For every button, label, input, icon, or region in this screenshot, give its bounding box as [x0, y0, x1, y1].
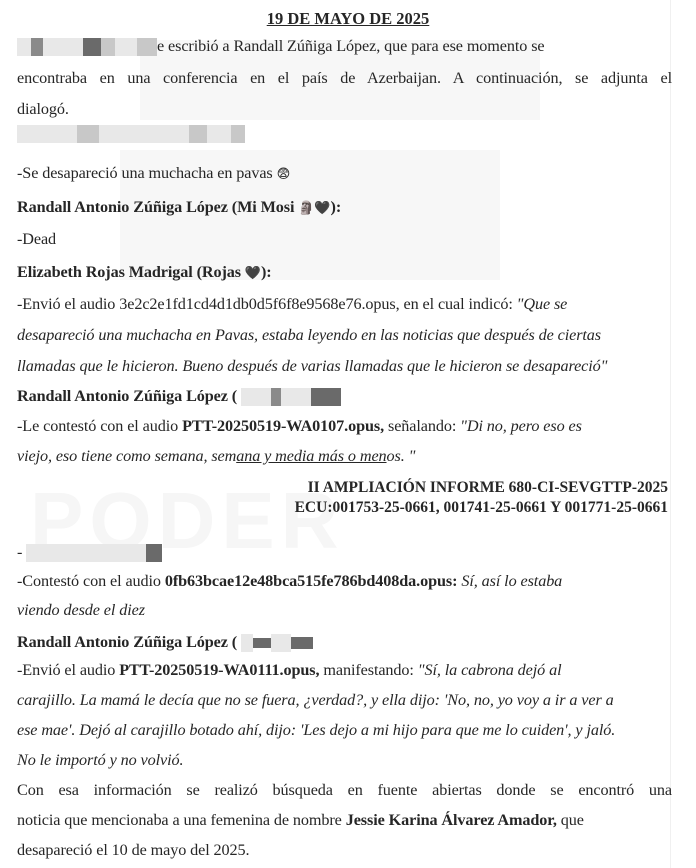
- redacted-line: [17, 123, 677, 143]
- speaker-label: Randall Antonio Zúñiga López (: [17, 632, 677, 652]
- redaction: [146, 544, 162, 562]
- redaction: [189, 125, 207, 143]
- intro-line-3: dialogó.: [17, 99, 677, 119]
- redaction: [83, 38, 101, 56]
- audio-filename: 0fb63bcae12e48bca515fe786bd408da.opus:: [165, 572, 458, 590]
- redaction: [231, 125, 245, 143]
- document-page: PODER 19 DE MAYO DE 2025 e escribió a Ra…: [0, 0, 696, 868]
- intro-line-1: e escribió a Randall Zúñiga López, que p…: [17, 36, 677, 56]
- intro-text: e escribió a Randall Zúñiga López, que p…: [157, 37, 545, 55]
- redaction: [281, 388, 311, 406]
- message-quote: viejo, eso tiene como semana, semana y m…: [17, 446, 677, 466]
- message-quote: ese mae'. Dejó al carajillo botado ahí, …: [17, 720, 677, 740]
- worried-face-icon: 😨: [277, 165, 290, 185]
- redaction: [311, 388, 341, 406]
- message-quote: carajillo. La mamá le decía que no se fu…: [17, 690, 677, 710]
- message: -: [17, 542, 677, 562]
- message: -Dead: [17, 229, 677, 249]
- intro-line-2: encontraba en una conferencia en el país…: [17, 68, 672, 88]
- date-heading: 19 DE MAYO DE 2025: [0, 9, 696, 29]
- black-heart-icon: 🖤: [245, 264, 261, 284]
- message: -Le contestó con el audio PTT-20250519-W…: [17, 416, 677, 436]
- redaction: [271, 388, 281, 406]
- report-header: II AMPLIACIÓN INFORME 680-CI-SEVGTTP-202…: [295, 478, 668, 518]
- audio-filename: PTT-20250519-WA0111.opus,: [119, 661, 319, 679]
- redaction: [43, 38, 83, 56]
- redaction: [291, 637, 313, 649]
- redaction: [17, 125, 77, 143]
- redaction: [207, 125, 231, 143]
- speaker-label: Randall Antonio Zúñiga López (: [17, 386, 677, 406]
- moai-heart-icon: 🗿🖤: [298, 199, 330, 219]
- conclusion-line-1: Con esa información se realizó búsqueda …: [17, 780, 672, 800]
- message-quote: No le importó y no volvió.: [17, 750, 677, 770]
- redaction: [241, 388, 271, 406]
- redaction: [101, 38, 115, 56]
- message: -Se desapareció una muchacha en pavas 😨: [17, 163, 677, 185]
- redaction: [26, 544, 146, 562]
- message: -Envió el audio 3e2c2e1fd1cd4d1db0d5f6f8…: [17, 294, 677, 314]
- speaker-label: Elizabeth Rojas Madrigal (Rojas 🖤):: [17, 262, 677, 284]
- redaction: [17, 38, 31, 56]
- person-name: Jessie Karina Álvarez Amador,: [346, 811, 557, 829]
- conclusion-line-3: desapareció el 10 de mayo del 2025.: [17, 840, 677, 860]
- message-quote: llamadas que le hicieron. Bueno después …: [17, 356, 677, 376]
- message-quote: viendo desde el diez: [17, 600, 677, 620]
- message: -Contestó con el audio 0fb63bcae12e48bca…: [17, 571, 677, 591]
- redaction: [115, 38, 137, 56]
- redaction: [253, 638, 271, 648]
- message-quote: desapareció una muchacha en Pavas, estab…: [17, 325, 677, 345]
- redaction: [241, 634, 253, 652]
- redaction: [31, 38, 43, 56]
- redaction: [137, 38, 157, 56]
- audio-filename: PTT-20250519-WA0107.opus,: [182, 417, 384, 435]
- redaction: [77, 125, 99, 143]
- conclusion-line-2: noticia que mencionaba a una femenina de…: [17, 810, 677, 830]
- message: -Envió el audio PTT-20250519-WA0111.opus…: [17, 660, 677, 680]
- redaction: [271, 634, 291, 652]
- redaction: [99, 125, 189, 143]
- speaker-label: Randall Antonio Zúñiga López (Mi Mosi 🗿🖤…: [17, 197, 677, 219]
